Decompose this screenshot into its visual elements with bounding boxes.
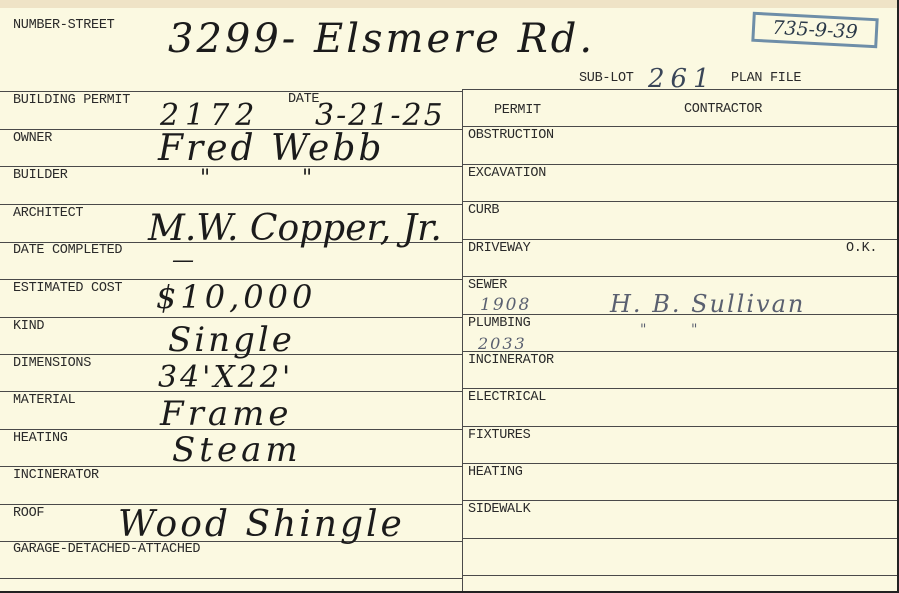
building-permit-label: BUILDING PERMIT — [13, 93, 130, 108]
sewer-contractor: H. B. Sullivan — [610, 290, 805, 318]
incinerator-label: INCINERATOR — [13, 468, 99, 483]
garage-label: GARAGE-DETACHED-ATTACHED — [13, 542, 200, 557]
incinerator-permit-label: INCINERATOR — [468, 353, 554, 368]
driveway-label: DRIVEWAY — [468, 241, 530, 256]
heating-value: Steam — [172, 430, 302, 470]
sub-lot-label: SUB-LOT — [579, 71, 634, 86]
kind-label: KIND — [13, 319, 44, 334]
sidewalk-label: SIDEWALK — [468, 502, 530, 517]
electrical-label: ELECTRICAL — [468, 390, 546, 405]
builder-value: " " — [200, 166, 314, 191]
curb-label: CURB — [468, 203, 499, 218]
sewer-permit-number: 1908 — [480, 295, 531, 315]
driveway-status: O.K. — [846, 241, 877, 256]
building-permit-card: NUMBER-STREET 3299- Elsmere Rd. 735-9-39… — [0, 0, 899, 593]
architect-value: M.W. Copper, Jr. — [148, 208, 442, 249]
date-completed-value: — — [172, 248, 194, 273]
plumbing-contractor: " " — [640, 322, 697, 338]
owner-value: Fred Webb — [158, 128, 384, 169]
plumbing-label: PLUMBING — [468, 316, 530, 331]
contractor-column-header: CONTRACTOR — [684, 102, 762, 117]
heating-permit-label: HEATING — [468, 465, 523, 480]
plan-file-label: PLAN FILE — [731, 71, 801, 86]
roof-label: ROOF — [13, 506, 44, 521]
dimensions-value: 34'X22' — [158, 360, 293, 395]
plumbing-permit-number: 2033 — [478, 334, 527, 353]
number-street-label: NUMBER-STREET — [13, 18, 114, 33]
excavation-label: EXCAVATION — [468, 166, 546, 181]
dimensions-label: DIMENSIONS — [13, 356, 91, 371]
builder-label: BUILDER — [13, 168, 68, 183]
estimated-cost-label: ESTIMATED COST — [13, 281, 122, 296]
heating-label: HEATING — [13, 431, 68, 446]
date-completed-label: DATE COMPLETED — [13, 243, 122, 258]
fixtures-label: FIXTURES — [468, 428, 530, 443]
permit-column-header: PERMIT — [494, 103, 541, 118]
number-street-value: 3299- Elsmere Rd. — [168, 16, 595, 62]
owner-label: OWNER — [13, 131, 52, 146]
material-value: Frame — [160, 394, 292, 434]
roof-value: Wood Shingle — [118, 504, 405, 545]
kind-value: Single — [168, 320, 295, 360]
estimated-cost-value: $10,000 — [156, 278, 316, 316]
sewer-label: SEWER — [468, 278, 507, 293]
stamp: 735-9-39 — [751, 12, 878, 49]
architect-label: ARCHITECT — [13, 206, 83, 221]
obstruction-label: OBSTRUCTION — [468, 128, 554, 143]
card-top-edge — [0, 0, 897, 8]
material-label: MATERIAL — [13, 393, 75, 408]
